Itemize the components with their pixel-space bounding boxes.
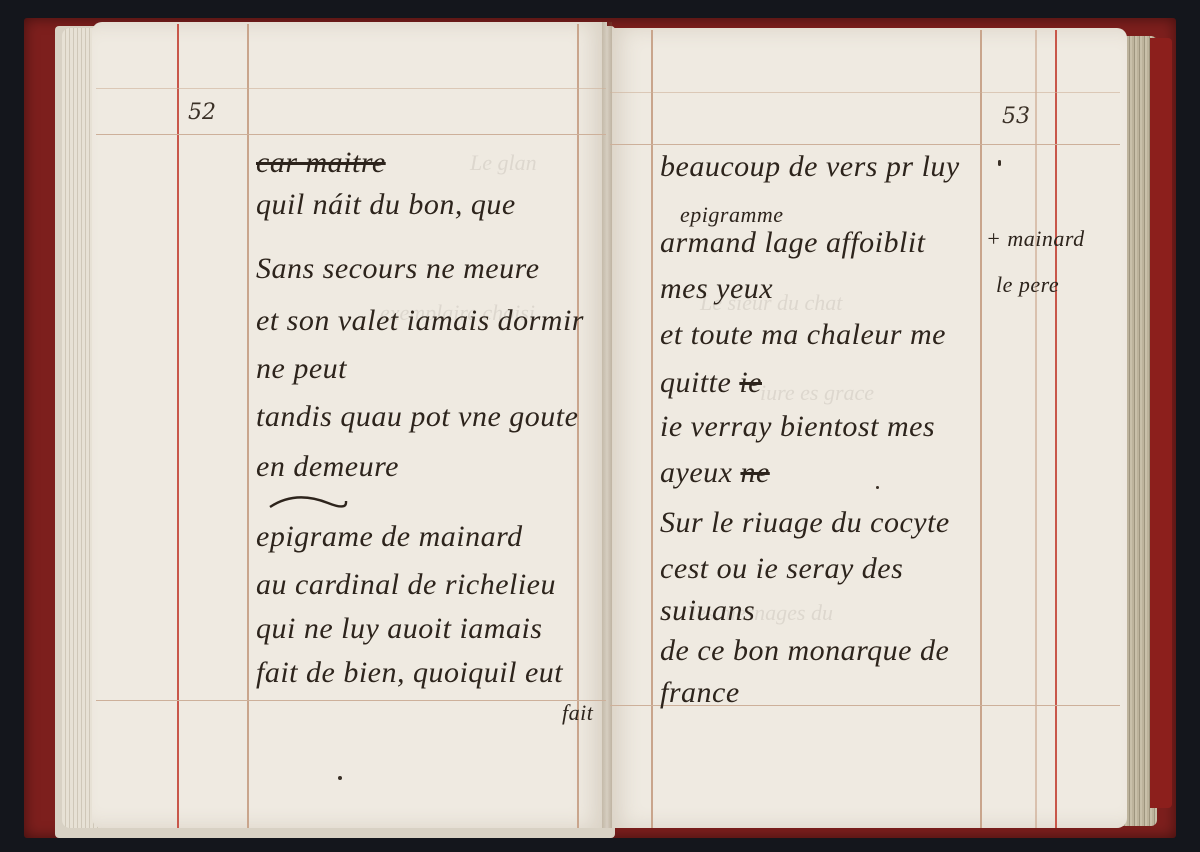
margin-rule — [980, 30, 982, 828]
manuscript-line: ayeux ne — [660, 456, 770, 490]
margin-rule — [247, 24, 249, 828]
header-rule — [610, 144, 1120, 145]
manuscript-line: armand lage affoiblit — [660, 226, 926, 260]
cover-edge-right — [1150, 38, 1172, 808]
header-rule — [96, 134, 606, 135]
manuscript-line: beaucoup de vers pr luy — [660, 150, 960, 184]
manuscript-line: Sans secours ne meure — [256, 252, 540, 286]
struck-fragment: ne — [740, 456, 769, 489]
manuscript-line: en demeure — [256, 450, 399, 484]
manuscript-line: ne peut — [256, 352, 347, 386]
manuscript-line: quitte ie — [660, 366, 762, 400]
margin-note: + mainard — [986, 226, 1085, 252]
ink-mark — [998, 160, 1001, 166]
manuscript-line: quil náit du bon, que — [256, 188, 516, 222]
manuscript-line: au cardinal de richelieu — [256, 568, 556, 602]
manuscript-line: de ce bon monarque de — [660, 634, 949, 668]
manuscript-line: cest ou ie seray des — [660, 552, 903, 586]
manuscript-line: Sur le riuage du cocyte — [660, 506, 950, 540]
red-margin-rule — [1055, 30, 1057, 828]
ink-spot — [876, 486, 879, 489]
header-rule — [610, 92, 1120, 93]
manuscript-line: fait de bien, quoiquil eut — [256, 656, 563, 690]
manuscript-line: epigrame de mainard — [256, 520, 523, 554]
interlinear-insertion: epigramme — [680, 202, 783, 228]
overflow-note: fait — [562, 700, 593, 726]
red-margin-rule — [177, 24, 179, 828]
footer-rule — [96, 700, 606, 701]
ink-spot — [338, 776, 342, 780]
margin-note: le pere — [996, 272, 1059, 298]
margin-rule — [651, 30, 653, 828]
manuscript-line: suiuans — [660, 594, 755, 628]
manuscript-line: ie verray bientost mes — [660, 410, 935, 444]
manuscript-line: qui ne luy auoit iamais — [256, 612, 542, 646]
book-gutter — [602, 22, 612, 828]
manuscript-line: france — [660, 676, 740, 710]
page-number-right: 53 — [1002, 104, 1030, 129]
page-number-left: 52 — [188, 100, 216, 125]
manuscript-line-struck: car maitre — [256, 146, 386, 180]
flourish-divider — [268, 495, 348, 511]
manuscript-line: tandis quau pot vne goute — [256, 400, 578, 434]
manuscript-line: mes yeux — [660, 272, 773, 306]
margin-rule — [1035, 30, 1037, 828]
manuscript-line: et son valet iamais dormir — [256, 304, 584, 338]
manuscript-line: et toute ma chaleur me — [660, 318, 946, 352]
header-rule — [96, 88, 606, 89]
struck-fragment: ie — [739, 366, 762, 399]
